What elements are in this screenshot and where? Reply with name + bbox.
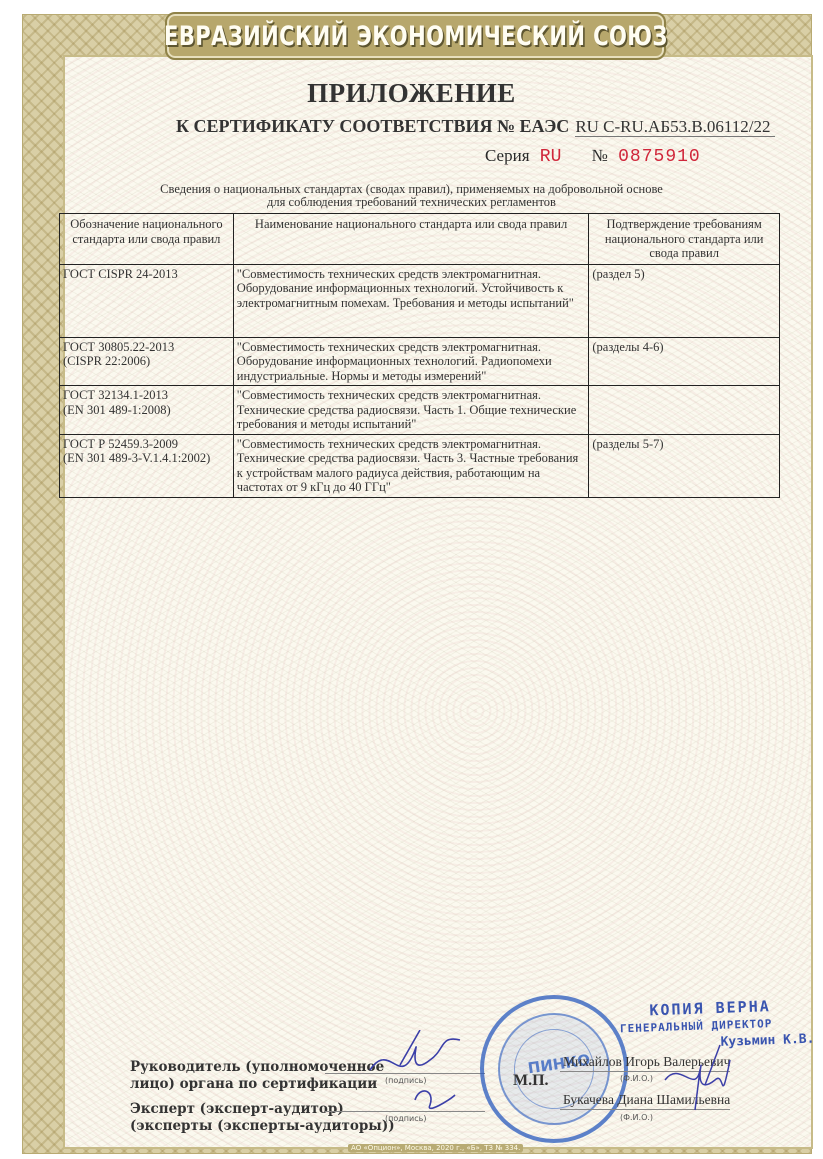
printer-imprint: АО «Опцион», Москва, 2020 г., «Б», ТЗ № … (348, 1144, 523, 1152)
union-banner: ЕВРАЗИЙСКИЙ ЭКОНОМИЧЕСКИЙ СОЮЗ (165, 12, 666, 60)
form-number: 0875910 (618, 147, 701, 167)
intro-line-2: для соблюдения требований технических ре… (0, 196, 823, 209)
expert-fio-caption: (Ф.И.О.) (620, 1113, 653, 1122)
name-cell: "Совместимость технических средств элект… (233, 386, 589, 435)
header-name: Наименование национального стандарта или… (233, 214, 589, 265)
head-signature-icon (360, 1030, 470, 1120)
designation-cell: ГОСТ 32134.1-2013(EN 301 489-1:2008) (60, 386, 234, 435)
number-label: № (592, 146, 608, 165)
table-row: ГОСТ Р 52459.3-2009(EN 301 489-3-V.1.4.1… (60, 434, 780, 497)
name-cell: "Совместимость технических средств элект… (233, 337, 589, 386)
head-fio-caption: (Ф.И.О.) (620, 1074, 653, 1083)
series-row: Серия RU № 0875910 (485, 146, 701, 167)
union-banner-text: ЕВРАЗИЙСКИЙ ЭКОНОМИЧЕСКИЙ СОЮЗ (164, 21, 668, 52)
table-row: ГОСТ 30805.22-2013(CISPR 22:2006) "Совме… (60, 337, 780, 386)
name-cell: "Совместимость технических средств элект… (233, 434, 589, 497)
confirmation-cell (589, 386, 780, 435)
intro-text: Сведения о национальных стандартах (свод… (0, 183, 823, 209)
standards-table: Обозначение национального стандарта или … (59, 213, 780, 498)
table-header-row: Обозначение национального стандарта или … (60, 214, 780, 265)
page-title: ПРИЛОЖЕНИЕ (0, 78, 823, 109)
name-cell: "Совместимость технических средств элект… (233, 264, 589, 337)
designation-cell: ГОСТ Р 52459.3-2009(EN 301 489-3-V.1.4.1… (60, 434, 234, 497)
series-value: RU (540, 147, 562, 167)
confirmation-cell: (разделы 4-6) (589, 337, 780, 386)
designation-cell: ГОСТ 30805.22-2013(CISPR 22:2006) (60, 337, 234, 386)
confirmation-cell: (разделы 5-7) (589, 434, 780, 497)
certificate-label: К СЕРТИФИКАТУ СООТВЕТСТВИЯ № ЕАЭС (176, 116, 569, 136)
head-label: Руководитель (уполномоченное лицо) орган… (130, 1059, 384, 1093)
header-confirmation: Подтверждение требованиям национального … (589, 214, 780, 265)
seal-label: М.П. (513, 1072, 549, 1090)
confirmation-cell: (раздел 5) (589, 264, 780, 337)
copy-signature-icon (660, 1040, 740, 1120)
table-row: ГОСТ CISPR 24-2013 "Совместимость технич… (60, 264, 780, 337)
header-designation: Обозначение национального стандарта или … (60, 214, 234, 265)
table-row: ГОСТ 32134.1-2013(EN 301 489-1:2008) "Со… (60, 386, 780, 435)
expert-label: Эксперт (эксперт-аудитор) (эксперты (экс… (130, 1101, 395, 1135)
certificate-reference: К СЕРТИФИКАТУ СООТВЕТСТВИЯ № ЕАЭСRU С-RU… (176, 116, 776, 137)
certificate-number: RU С-RU.АБ53.В.06112/22 (575, 117, 774, 137)
designation-cell: ГОСТ CISPR 24-2013 (60, 264, 234, 337)
series-label: Серия (485, 146, 530, 165)
